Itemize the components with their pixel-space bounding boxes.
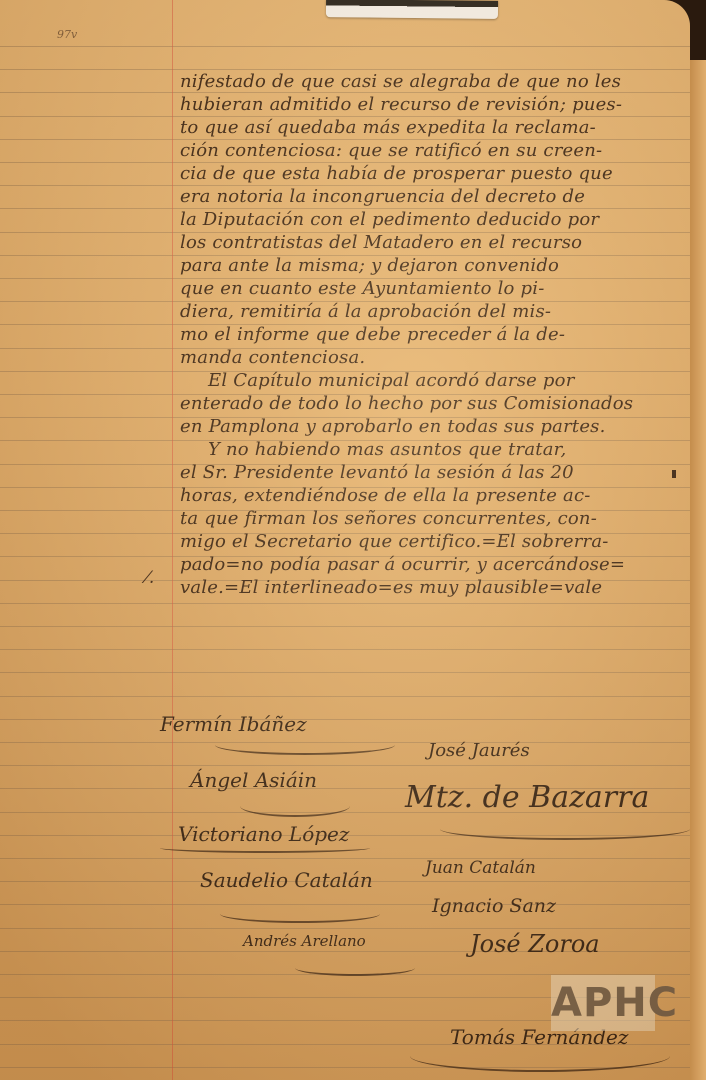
- text-line: la Diputación con el pedimento deducido …: [180, 208, 690, 231]
- text-line: Y no habiendo mas asuntos que tratar,: [180, 438, 690, 461]
- signature-flourish: [295, 960, 415, 976]
- text-line: que en cuanto este Ayuntamiento lo pi-: [180, 277, 690, 300]
- signature-flourish: [220, 905, 380, 923]
- signature: José Zoroa: [470, 930, 600, 958]
- text-line: hubieran admitido el recurso de revisión…: [180, 93, 690, 116]
- ruled-line: [0, 928, 690, 929]
- text-line: el Sr. Presidente levantó la sesión á la…: [180, 461, 690, 484]
- aphc-watermark: APHC: [551, 975, 655, 1031]
- ruled-line: [0, 904, 690, 905]
- ledger-page: 97v nifestado de que casi se alegraba de…: [0, 0, 690, 1080]
- text-line: nifestado de que casi se alegraba de que…: [180, 70, 690, 93]
- signature-flourish: [160, 843, 370, 853]
- text-line: enterado de todo lo hecho por sus Comisi…: [180, 392, 690, 415]
- margin-mark: ⁄.: [146, 568, 154, 588]
- ruled-line: [0, 719, 690, 720]
- minutes-body-text: nifestado de que casi se alegraba de que…: [180, 70, 690, 599]
- signature-flourish: [240, 795, 350, 817]
- ruled-line: [0, 858, 690, 859]
- folio-number: 97v: [57, 28, 77, 41]
- text-line: para ante la misma; y dejaron convenido: [180, 254, 690, 277]
- text-line: manda contenciosa.: [180, 346, 690, 369]
- ruled-line: [0, 765, 690, 766]
- signature: Ángel Asiáin: [190, 768, 317, 792]
- signature: Saudelio Catalán: [200, 868, 373, 892]
- text-line: El Capítulo municipal acordó darse por: [180, 369, 690, 392]
- signature: José Jaurés: [428, 740, 530, 761]
- signature-flourish: [410, 1040, 670, 1072]
- text-line: era notoria la incongruencia del decreto…: [180, 185, 690, 208]
- text-line: los contratistas del Matadero en el recu…: [180, 231, 690, 254]
- ruled-line: [0, 603, 690, 604]
- text-line: mo el informe que debe preceder á la de-: [180, 323, 690, 346]
- ruled-line: [0, 626, 690, 627]
- text-line: pado=no podía pasar á ocurrir, y acercán…: [180, 553, 690, 576]
- text-line: migo el Secretario que certifico.=El sob…: [180, 530, 690, 553]
- text-line: cia de que esta había de prosperar puest…: [180, 162, 690, 185]
- signature: Andrés Arellano: [243, 932, 366, 950]
- text-line: to que así quedaba más expedita la recla…: [180, 116, 690, 139]
- ink-mark: [672, 470, 676, 478]
- ruled-line: [0, 46, 690, 47]
- bookmark-tab: [326, 0, 498, 19]
- text-line: vale.=El interlineado=es muy plausible=v…: [180, 576, 690, 599]
- signature: Ignacio Sanz: [432, 895, 556, 917]
- signature-flourish: [215, 735, 395, 755]
- signature-flourish: [440, 818, 690, 840]
- text-line: horas, extendiéndose de ella la presente…: [180, 484, 690, 507]
- text-line: ción contenciosa: que se ratificó en su …: [180, 139, 690, 162]
- signature: Juan Catalán: [425, 858, 536, 878]
- text-line: en Pamplona y aprobarlo en todas sus par…: [180, 415, 690, 438]
- signature: Mtz. de Bazarra: [405, 780, 649, 815]
- ruled-line: [0, 649, 690, 650]
- text-line: diera, remitiría á la aprobación del mis…: [180, 300, 690, 323]
- text-line: ta que firman los señores concurrentes, …: [180, 507, 690, 530]
- ruled-line: [0, 672, 690, 673]
- next-page-edge: [690, 60, 706, 1080]
- ruled-line: [0, 696, 690, 697]
- signature: Fermín Ibáñez: [160, 712, 307, 736]
- margin-line: [172, 0, 173, 1080]
